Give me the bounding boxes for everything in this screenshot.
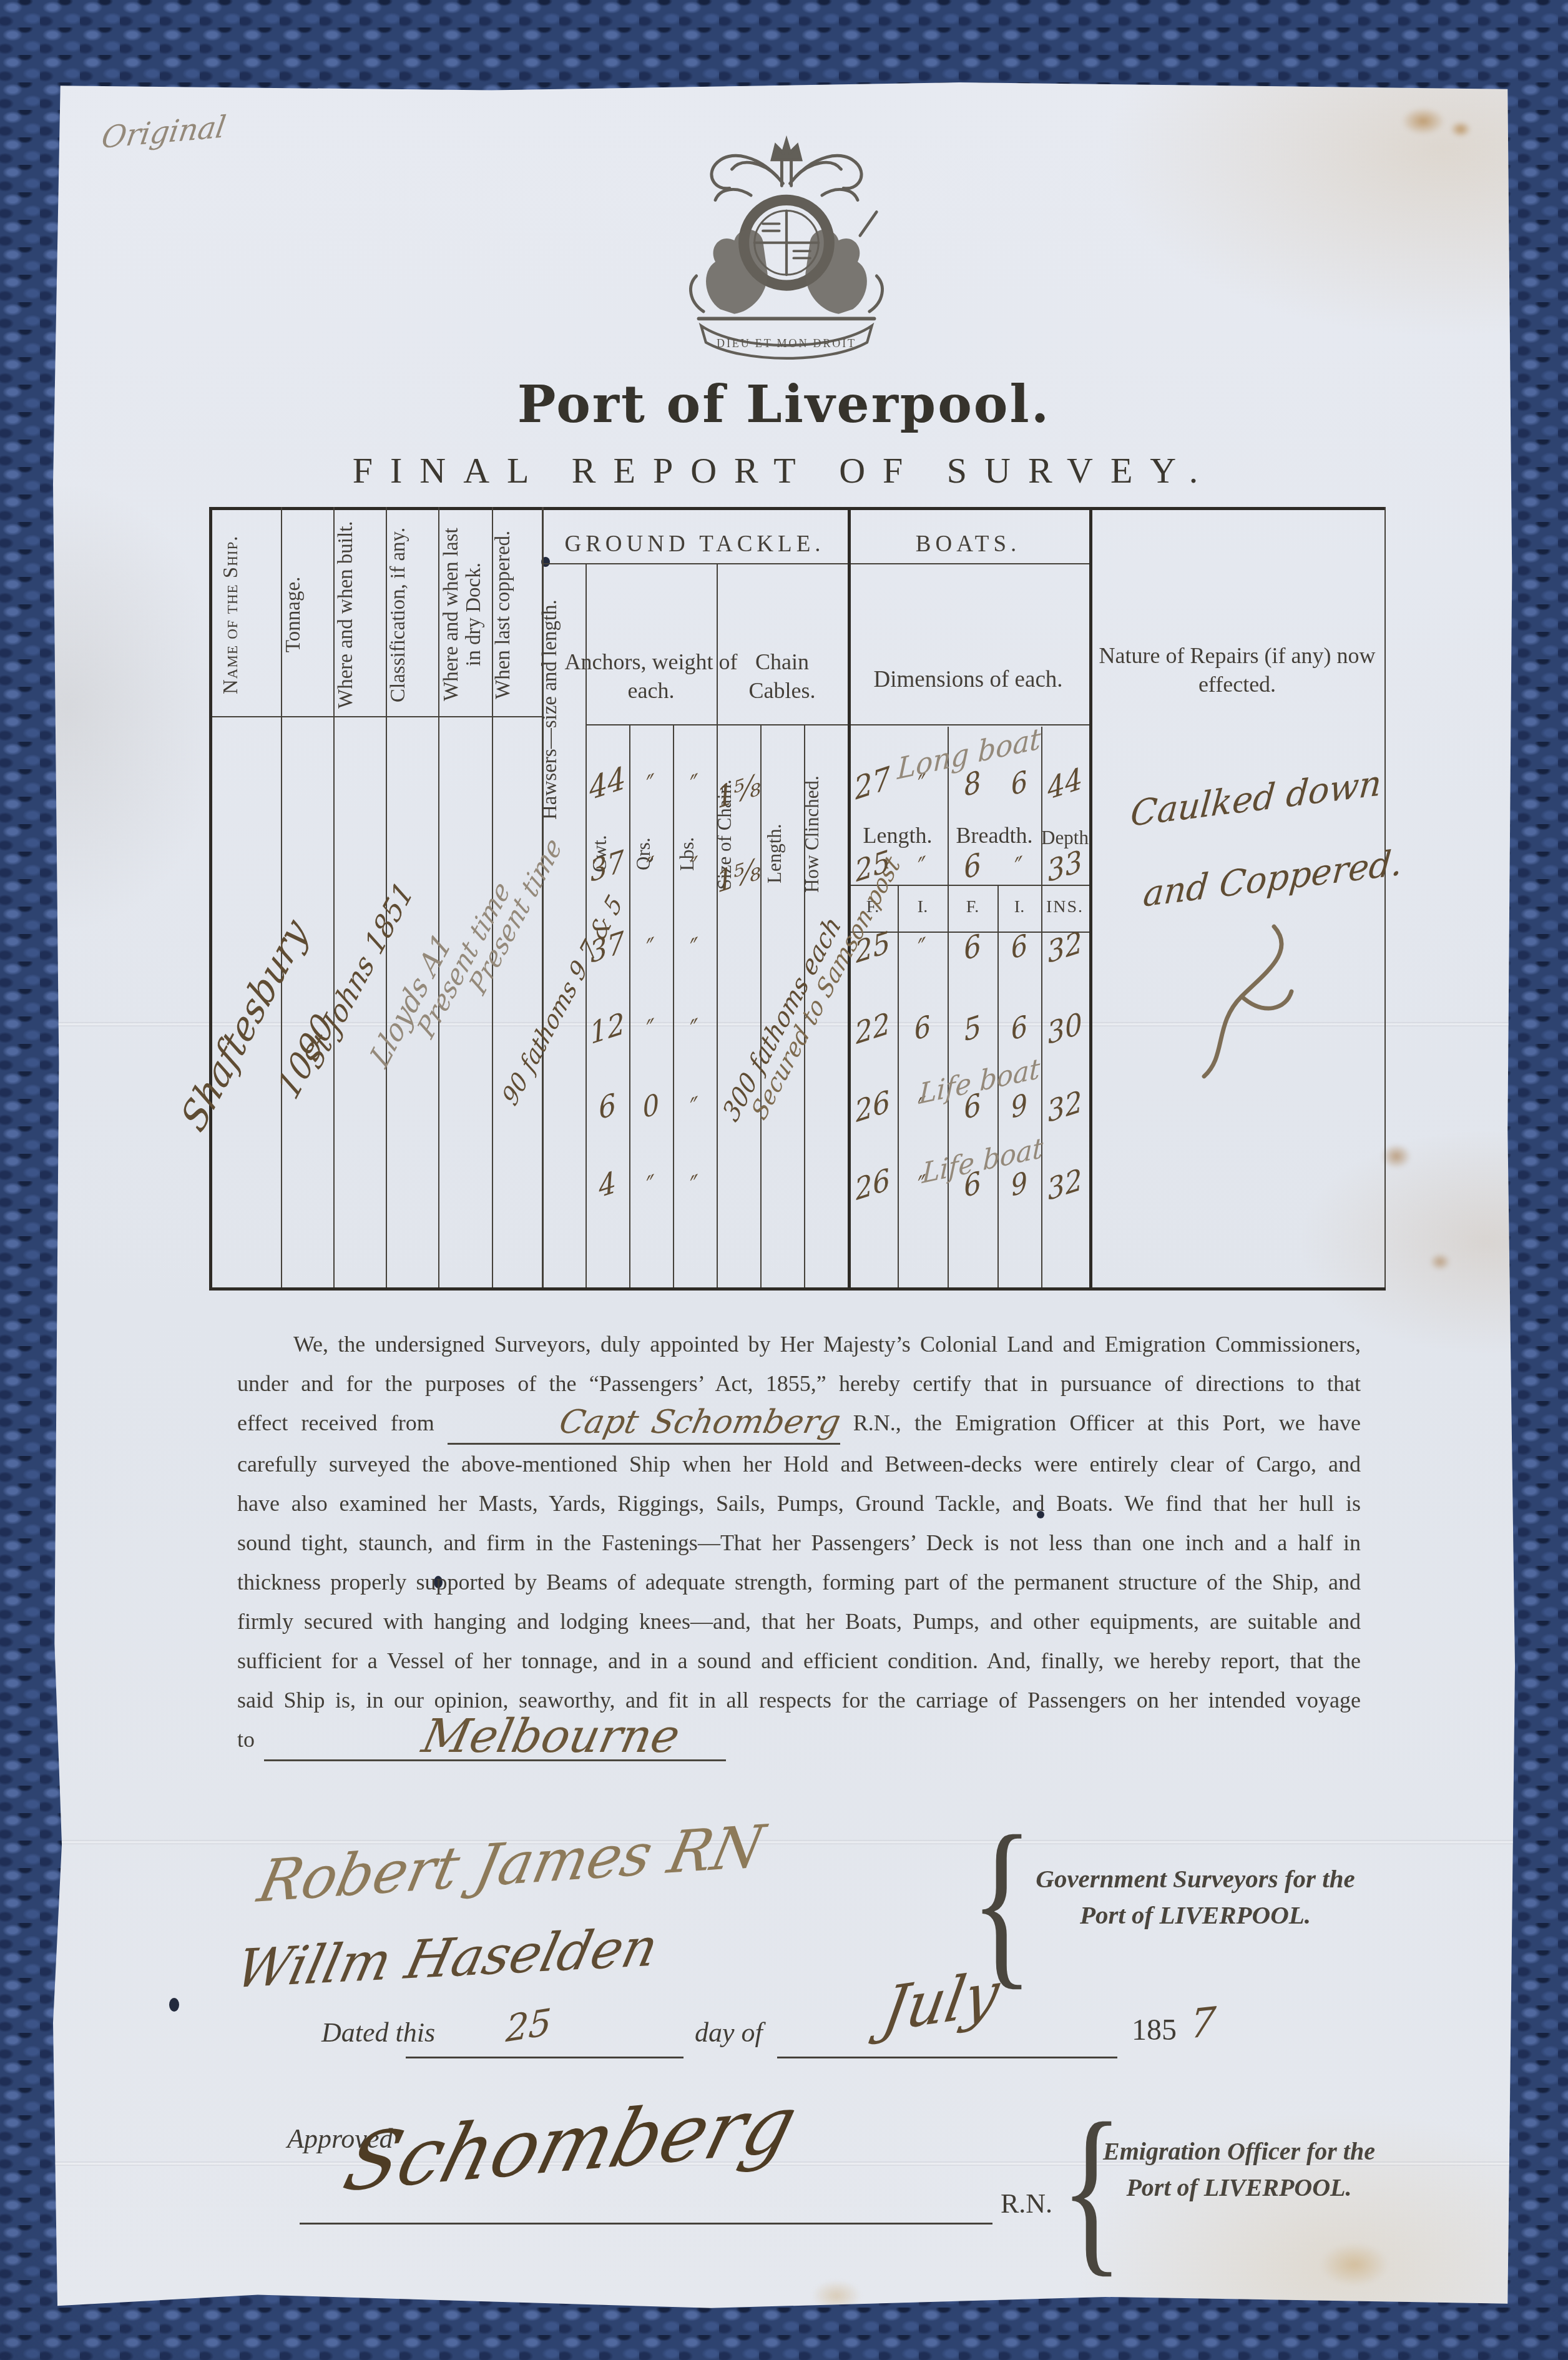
boat-length-f: 27: [853, 760, 893, 807]
surveyor-signature-1: Robert James RN: [252, 1812, 770, 1915]
table-rule: [209, 507, 212, 1287]
certificate-paragraph: We, the undersigned Surveyors, duly appo…: [237, 1325, 1361, 1761]
boat-length-i: ″: [917, 850, 928, 881]
document-subtitle: FINAL REPORT OF SURVEY.: [53, 450, 1515, 491]
foxing-stain: [1429, 1253, 1451, 1271]
boat-depth-ins: 32: [1046, 1162, 1084, 1207]
fold-crease: [53, 1840, 1515, 1844]
boat-breadth-i: 6: [1009, 1010, 1029, 1048]
boat-depth-ins: 33: [1046, 843, 1084, 889]
table-rule: [948, 727, 949, 1287]
boat-breadth-f: 5: [962, 1008, 983, 1048]
approved-signature: Schomberg: [335, 2078, 806, 2210]
signature-flourish: [1177, 919, 1314, 1088]
dated-day-underline: [406, 2057, 684, 2058]
col-header-ship: Name of the Ship.: [220, 519, 272, 710]
approved-rn: R.N.: [1001, 2188, 1052, 2220]
col-header-repairs: Nature of Repairs (if any) now effected.: [1094, 641, 1381, 699]
anchor-qrs: ″: [645, 932, 657, 962]
boat-depth-ins: 44: [1046, 761, 1084, 807]
table-rule: [898, 885, 899, 1287]
col-header-breadth-i: I.: [1014, 897, 1024, 917]
survey-document: Original DIEU ET MON DROIT Port of Liver…: [53, 82, 1515, 2313]
boat-breadth-i: 6: [1009, 765, 1029, 803]
col-header-coppered: When last coppered.: [492, 519, 544, 710]
ink-blot: [169, 1998, 179, 2012]
anchor-lbs: ″: [689, 932, 700, 962]
document-title: Port of Liverpool.: [53, 375, 1515, 435]
royal-coat-of-arms-icon: DIEU ET MON DROIT: [668, 134, 905, 370]
crest-motto: DIEU ET MON DROIT: [717, 337, 856, 350]
boat-depth-ins: 30: [1046, 1006, 1084, 1051]
gov-caption-line2: Port of LIVERPOOL.: [1002, 1897, 1389, 1933]
col-header-boat-depth: Depth: [1041, 827, 1089, 849]
anchor-lbs: ″: [689, 1091, 700, 1121]
table-rule: [586, 724, 1089, 725]
foxing-stain: [1401, 107, 1445, 135]
emig-caption-line1: Emigration Officer for the: [1077, 2133, 1401, 2170]
table-rule: [542, 563, 1089, 564]
dated-month-entry: July: [878, 1957, 1005, 2046]
foxing-stain: [1320, 2243, 1389, 2286]
col-header-boat-breadth: Breadth.: [956, 822, 1033, 848]
table-rule: [1384, 507, 1386, 1287]
boat-breadth-f: 6: [962, 927, 983, 967]
group-header-boats: BOATS.: [916, 531, 1021, 558]
gov-caption-line1: Government Surveyors for the: [1002, 1861, 1389, 1897]
col-header-built: Where and when built.: [335, 519, 387, 710]
subgroup-header-dimensions: Dimensions of each.: [873, 666, 1062, 693]
emigration-officer-caption: Emigration Officer for the Port of LIVER…: [1077, 2133, 1401, 2206]
boat-length-f: 22: [853, 1006, 891, 1051]
boat-length-f: 26: [853, 1084, 891, 1129]
anchor-qrs: ″: [645, 1013, 657, 1043]
col-header-classification: Classification, if any.: [387, 519, 439, 710]
table-rule: [1041, 727, 1042, 1287]
surveyor-signature-2: Willm Haselden: [230, 1916, 664, 2000]
col-header-how-clinched: How Clinched.: [801, 745, 853, 923]
col-header-boat-length: Length.: [863, 822, 933, 848]
subgroup-header-chain-cables: Chain Cables.: [720, 647, 845, 705]
repairs-entry-line2: and Coppered.: [1142, 842, 1404, 915]
col-header-length-i: I.: [918, 897, 928, 917]
col-header-hawsers: Hawsers—size and length.: [539, 576, 591, 844]
repairs-entry-line1: Caulked down: [1129, 763, 1383, 835]
emig-caption-line2: Port of LIVERPOOL.: [1077, 2170, 1401, 2206]
year-digit-entry: 7: [1188, 1999, 1217, 2048]
boat-breadth-i: 9: [1009, 1088, 1029, 1126]
dated-label: Dated this: [321, 2017, 435, 2048]
boat-length-f: 26: [853, 1162, 891, 1207]
boat-depth-ins: 32: [1046, 1084, 1084, 1129]
subgroup-header-anchors: Anchors, weight of each.: [561, 647, 742, 705]
boat-length-i: 6: [913, 1010, 933, 1048]
approved-underline: [300, 2223, 992, 2225]
dated-day-entry: 25: [505, 2000, 553, 2051]
destination-blank: Melbourne: [264, 1720, 726, 1761]
officer-blank: Capt Schomberg: [448, 1404, 840, 1445]
boat-breadth-i: ″: [1014, 850, 1025, 881]
dated-month-underline: [777, 2057, 1117, 2058]
certificate-text-2: the Emigration Officer at this Port, we …: [237, 1410, 1361, 1713]
anchor-cwt: 12: [588, 1006, 626, 1051]
table-rule: [209, 1287, 1386, 1291]
anchor-cwt: 4: [597, 1164, 618, 1204]
table-rule: [1089, 507, 1092, 1287]
pencil-note: Original: [99, 109, 228, 155]
foxing-stain: [1381, 1144, 1411, 1169]
anchor-lbs: ″: [689, 1169, 700, 1199]
certificate-rn: R.N.,: [853, 1410, 901, 1435]
anchor-lbs: ″: [689, 1013, 700, 1043]
gov-surveyors-caption: Government Surveyors for the Port of LIV…: [1002, 1861, 1389, 1933]
anchor-qrs: 0: [641, 1088, 661, 1126]
anchor-qrs: ″: [645, 1169, 657, 1199]
col-header-depth-ins: INS.: [1046, 897, 1084, 917]
year-printed: 185: [1132, 2013, 1177, 2047]
day-of-label: day of: [695, 2017, 763, 2048]
boat-length-i: ″: [917, 932, 928, 962]
col-header-dry-dock: Where and when last in dry Dock.: [440, 519, 492, 710]
boat-breadth-f: 6: [962, 846, 983, 886]
anchor-cwt: 6: [597, 1086, 618, 1126]
boat-breadth-i: 6: [1009, 928, 1029, 966]
col-header-tonnage: Tonnage.: [282, 519, 335, 710]
group-header-ground-tackle: GROUND TACKLE.: [564, 531, 825, 558]
boat-breadth-i: 9: [1009, 1166, 1029, 1204]
foxing-stain: [1450, 121, 1471, 137]
col-header-breadth-f: F.: [966, 897, 979, 917]
